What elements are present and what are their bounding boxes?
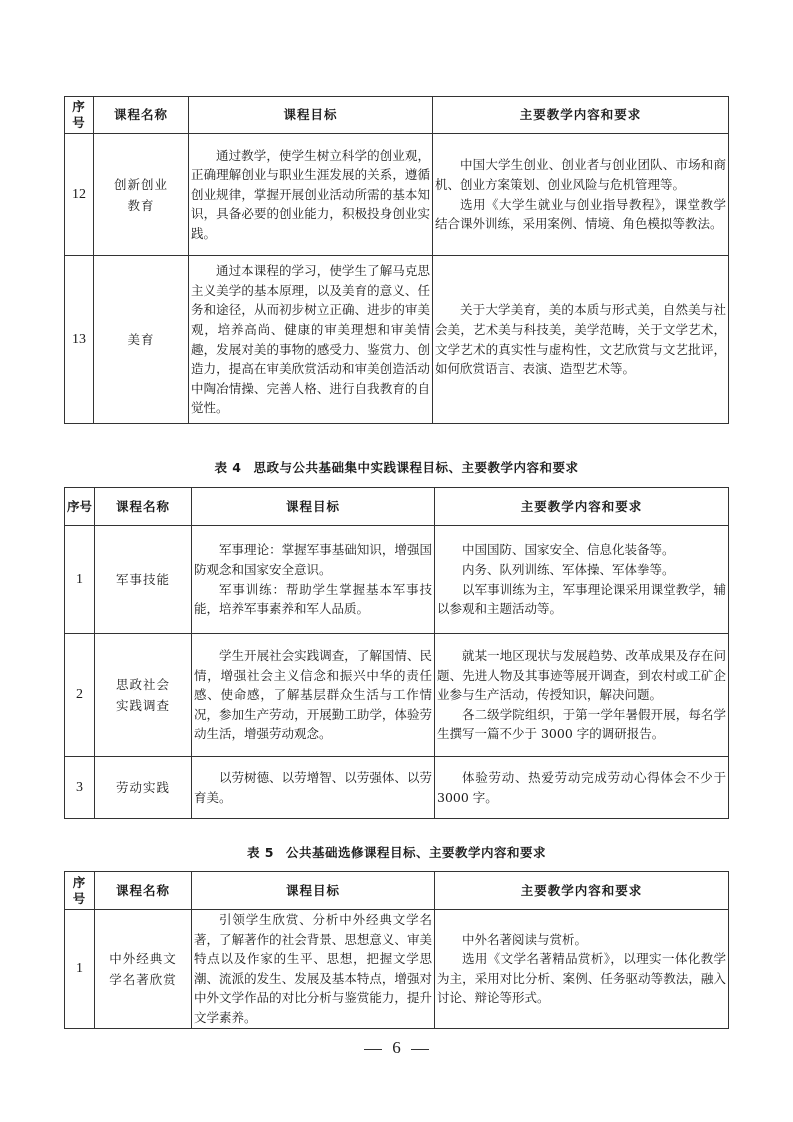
header-course-content: 主要教学内容和要求: [435, 488, 729, 526]
header-course-name: 课程名称: [95, 872, 192, 910]
dash-left: [364, 1049, 382, 1050]
goal-paragraph: 学生开展社会实践调查，了解国情、民情，增强社会主义信念和振兴中华的责任感、使命感…: [194, 646, 432, 744]
row-number: 12: [65, 134, 94, 256]
header-course-content: 主要教学内容和要求: [435, 872, 729, 910]
table-4-title: 思政与公共基础集中实践课程目标、主要教学内容和要求: [254, 460, 579, 475]
row-number: 1: [65, 526, 95, 634]
content-paragraph: 选用《文学名著精品赏析》，以理实一体化教学为主，采用对比分析、案例、任务驱动等教…: [437, 949, 726, 1008]
row-number: 2: [65, 634, 95, 757]
goal-paragraph: 通过本课程的学习，使学生了解马克思主义美学的基本原理，以及美育的意义、任务和途径…: [191, 261, 430, 418]
table-header-row: 序号 课程名称 课程目标 主要教学内容和要求: [65, 488, 729, 526]
course-content: 中国国防、国家安全、信息化装备等。 内务、队列训练、军体操、军体拳等。 以军事训…: [435, 526, 729, 634]
course-content: 就某一地区现状与发展趋势、改革成果及存在问题、先进人物及其事迹等展开调查，到农村…: [435, 634, 729, 757]
goal-paragraph: 军事训练：帮助学生掌握基本军事技能，培养军事素养和军人品质。: [194, 580, 432, 619]
row-number: 1: [65, 910, 95, 1029]
row-number: 3: [65, 757, 95, 819]
course-table-3-continued: 序号 课程名称 课程目标 主要教学内容和要求 12 创新创业教育 通过教学，使学…: [64, 96, 729, 424]
table-row: 1 军事技能 军事理论：掌握军事基础知识，增强国防观念和国家安全意识。 军事训练…: [65, 526, 729, 634]
header-seq: 序号: [65, 872, 95, 910]
course-name: 军事技能: [95, 526, 192, 634]
content-paragraph: 中国大学生创业、创业者与创业团队、市场和商机、创业方案策划、创业风险与危机管理等…: [435, 155, 726, 194]
course-content: 关于大学美育，美的本质与形式美，自然美与社会美，艺术美与科技美，美学范畴，关于文…: [433, 256, 729, 424]
course-name: 劳动实践: [95, 757, 192, 819]
header-seq: 序号: [65, 488, 95, 526]
table-row: 12 创新创业教育 通过教学，使学生树立科学的创业观，正确理解创业与职业生涯发展…: [65, 134, 729, 256]
goal-paragraph: 以劳树德、以劳增智、以劳强体、以劳育美。: [194, 768, 432, 807]
page-number: 6: [0, 1038, 793, 1058]
header-course-name: 课程名称: [95, 488, 192, 526]
goal-paragraph: 引领学生欣赏、分析中外经典文学名著，了解著作的社会背景、思想意义、审美特点以及作…: [194, 910, 432, 1028]
table-4-label: 表 4: [214, 460, 241, 475]
content-paragraph: 以军事训练为主，军事理论课采用课堂教学，辅以参观和主题活动等。: [437, 580, 726, 619]
header-seq: 序号: [65, 97, 94, 134]
content-paragraph: 就某一地区现状与发展趋势、改革成果及存在问题、先进人物及其事迹等展开调查，到农村…: [437, 646, 726, 705]
table-row: 3 劳动实践 以劳树德、以劳增智、以劳强体、以劳育美。 体验劳动、热爱劳动完成劳…: [65, 757, 729, 819]
course-table-4: 序号 课程名称 课程目标 主要教学内容和要求 1 军事技能 军事理论：掌握军事基…: [64, 487, 729, 819]
table-row: 13 美育 通过本课程的学习，使学生了解马克思主义美学的基本原理，以及美育的意义…: [65, 256, 729, 424]
table-row: 1 中外经典文学名著欣赏 引领学生欣赏、分析中外经典文学名著，了解著作的社会背景…: [65, 910, 729, 1029]
table-header-row: 序号 课程名称 课程目标 主要教学内容和要求: [65, 872, 729, 910]
course-goal: 通过教学，使学生树立科学的创业观，正确理解创业与职业生涯发展的关系，遵循创业规律…: [189, 134, 433, 256]
header-course-goal: 课程目标: [192, 488, 435, 526]
header-course-name: 课程名称: [94, 97, 189, 134]
goal-paragraph: 通过教学，使学生树立科学的创业观，正确理解创业与职业生涯发展的关系，遵循创业规律…: [191, 146, 430, 244]
table-5-label: 表 5: [247, 845, 274, 860]
dash-right: [411, 1049, 429, 1050]
table-5-caption: 表 5公共基础选修课程目标、主要教学内容和要求: [0, 843, 793, 861]
header-course-goal: 课程目标: [192, 872, 435, 910]
course-goal: 学生开展社会实践调查，了解国情、民情，增强社会主义信念和振兴中华的责任感、使命感…: [192, 634, 435, 757]
content-paragraph: 内务、队列训练、军体操、军体拳等。: [437, 560, 726, 580]
content-paragraph: 中国国防、国家安全、信息化装备等。: [437, 540, 726, 560]
course-name-text: 思政社会实践调查: [115, 674, 171, 716]
course-name-text: 中外经典文学名著欣赏: [108, 948, 178, 990]
course-goal: 以劳树德、以劳增智、以劳强体、以劳育美。: [192, 757, 435, 819]
course-name: 思政社会实践调查: [95, 634, 192, 757]
header-course-goal: 课程目标: [189, 97, 433, 134]
content-paragraph: 体验劳动、热爱劳动完成劳动心得体会不少于 3000 字。: [437, 768, 726, 807]
table-4-caption: 表 4思政与公共基础集中实践课程目标、主要教学内容和要求: [0, 458, 793, 476]
content-paragraph: 中外名著阅读与赏析。: [437, 930, 726, 950]
course-content: 中外名著阅读与赏析。 选用《文学名著精品赏析》，以理实一体化教学为主，采用对比分…: [435, 910, 729, 1029]
course-name: 中外经典文学名著欣赏: [95, 910, 192, 1029]
row-number: 13: [65, 256, 94, 424]
course-content: 中国大学生创业、创业者与创业团队、市场和商机、创业方案策划、创业风险与危机管理等…: [433, 134, 729, 256]
table-header-row: 序号 课程名称 课程目标 主要教学内容和要求: [65, 97, 729, 134]
goal-paragraph: 军事理论：掌握军事基础知识，增强国防观念和国家安全意识。: [194, 540, 432, 579]
course-name: 创新创业教育: [94, 134, 189, 256]
course-content: 体验劳动、热爱劳动完成劳动心得体会不少于 3000 字。: [435, 757, 729, 819]
content-paragraph: 各二级学院组织，于第一学年暑假开展，每名学生撰写一篇不少于 3000 字的调研报…: [437, 705, 726, 744]
table-5-title: 公共基础选修课程目标、主要教学内容和要求: [286, 845, 546, 860]
table-row: 2 思政社会实践调查 学生开展社会实践调查，了解国情、民情，增强社会主义信念和振…: [65, 634, 729, 757]
course-name-text: 创新创业教育: [113, 174, 169, 216]
course-goal: 通过本课程的学习，使学生了解马克思主义美学的基本原理，以及美育的意义、任务和途径…: [189, 256, 433, 424]
course-table-5: 序号 课程名称 课程目标 主要教学内容和要求 1 中外经典文学名著欣赏 引领学生…: [64, 871, 729, 1029]
content-paragraph: 选用《大学生就业与创业指导教程》，课堂教学结合课外训练，采用案例、情境、角色模拟…: [435, 195, 726, 234]
page-number-text: 6: [392, 1038, 401, 1057]
content-paragraph: 关于大学美育，美的本质与形式美，自然美与社会美，艺术美与科技美，美学范畴，关于文…: [435, 300, 726, 378]
course-goal: 引领学生欣赏、分析中外经典文学名著，了解著作的社会背景、思想意义、审美特点以及作…: [192, 910, 435, 1029]
header-course-content: 主要教学内容和要求: [433, 97, 729, 134]
course-goal: 军事理论：掌握军事基础知识，增强国防观念和国家安全意识。 军事训练：帮助学生掌握…: [192, 526, 435, 634]
course-name: 美育: [94, 256, 189, 424]
